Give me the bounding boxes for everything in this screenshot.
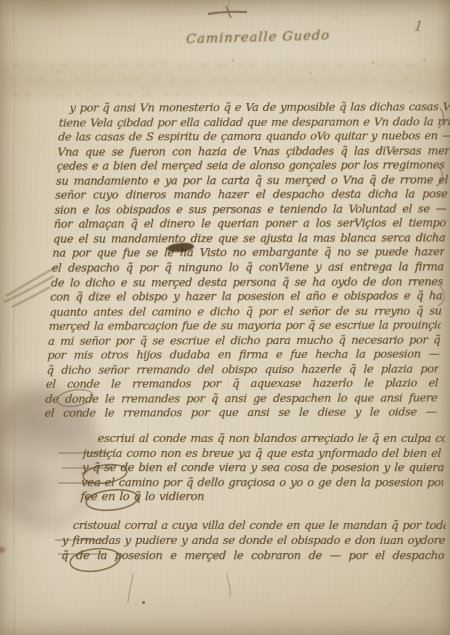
manuscript-line: a mi señor por q̃ se escriue el dicho pa…: [48, 333, 441, 349]
manuscript-line: ~ — ~~ –– ~ — ~~~ –– ~ — ~~ –– ~ —— ~ ––…: [12, 58, 442, 73]
margin-show-through-1: –~—: [6, 116, 33, 126]
manuscript-line: vea el camino por q̃ dello graçiosa o yo…: [81, 475, 444, 490]
manuscript-line: por mis otros hijos dudaba en firma e fu…: [47, 348, 440, 364]
margin-show-through-2: ~–: [4, 210, 20, 220]
manuscript-line: el conde le rremandos por que ansi se le…: [44, 406, 437, 422]
manuscript-line: y por q̃ ansi Vn monesterio q̃ e Va de y…: [59, 100, 450, 116]
document-heading: Caminrealle Guedo: [186, 28, 357, 47]
manuscript-paragraph-2: escriui al conde mas q̃ non blandos arre…: [80, 431, 446, 504]
manuscript-line: de donde le rremandes por q̃ ansi ge des…: [45, 391, 438, 407]
manuscript-line: sion e los obispados e sus personas e te…: [54, 202, 447, 218]
manuscript-line: y firmadas y pudiere y anda se donde el …: [62, 533, 446, 548]
ink-speck: [142, 601, 145, 604]
folio-number: 1: [413, 18, 424, 35]
manuscript-paragraph-1: y por q̃ ansi Vn monesterio q̃ e Va de y…: [44, 100, 450, 421]
manuscript-line: çedes e a bien del merçed seia de alonso…: [56, 159, 449, 175]
manuscript-line: justiçia como non es breue ya q̃ que est…: [82, 446, 445, 461]
manuscript-line: señor cuyo dineros mando hazer el despac…: [55, 188, 448, 204]
manuscript-line: fee en lo q̃ lo vidieron: [80, 489, 261, 504]
manuscript-line: de las casas de S espiritu de çamora qua…: [58, 129, 450, 145]
red-fleck: [0, 545, 6, 555]
manuscript-line: quanto antes del camino e dicho q̃ por e…: [49, 304, 442, 320]
manuscript-line: cristoual corral a cuya villa del conde …: [62, 518, 446, 533]
manuscript-line: que el su mandamiento dize que se ajusta…: [53, 231, 446, 247]
manuscript-line: de lo dicho e su merçed desta persona q̃…: [51, 275, 444, 291]
manuscript-line: q̃ de la posesion e merçed le cobraron d…: [61, 548, 445, 563]
manuscript-line: escriui al conde mas q̃ non blandos arre…: [83, 431, 446, 446]
manuscript-paragraph-3: cristoual corral a cuya villa del conde …: [61, 518, 446, 563]
manuscript-page: 1 Caminrealle Guedo ~ — ~~ –– ~ — ~~~ ––…: [0, 0, 450, 635]
manuscript-line: con q̃ dize el obispo y hazer la posesio…: [50, 289, 443, 305]
manuscript-line: el conde le rremandos por q̃ aquexase ha…: [46, 377, 439, 393]
manuscript-line: Vna que se fueron con hazia de Vnas çibd…: [57, 144, 450, 160]
manuscript-line: el despacho q̃ por q̃ ninguno lo q̃ conV…: [51, 260, 444, 276]
manuscript-line: tiene Vela çibdad por ella calidad que m…: [58, 115, 450, 131]
manuscript-line: su mandamiento e ya por la carta q̃ su m…: [56, 173, 449, 189]
manuscript-line: q̃ dicho señor rremando del obispo quiso…: [46, 362, 439, 378]
manuscript-line: y q̃ se de bien el conde viera y sea cos…: [82, 460, 445, 475]
manuscript-line: – ~~ — ~ ––– ~~ — ~ –– ~~~ — ~ –– ~ —— ~…: [12, 73, 442, 88]
verso-show-through-text: ~ — ~~ –– ~ — ~~~ –– ~ — ~~ –– ~ —— ~ ––…: [12, 58, 442, 104]
manuscript-line: ñor almaçan q̃ el dinero le querian pone…: [53, 217, 446, 233]
fold-crease-bottom-right: [382, 573, 415, 615]
manuscript-line: na por que fue se le ha Visto no embarga…: [52, 246, 445, 262]
manuscript-line: merçed la embarcaçion fue de su mayoria …: [48, 319, 441, 335]
